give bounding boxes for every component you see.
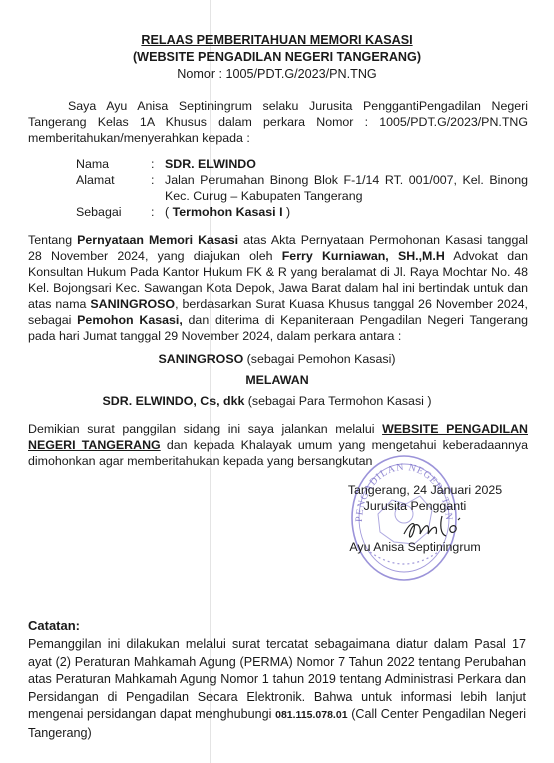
paren-open: ( (165, 205, 173, 219)
signature-place-date: Tangerang, 24 Januari 2025 (310, 483, 540, 498)
applicant-line: SANINGROSO (sebagai Pemohon Kasasi) (0, 351, 554, 367)
text: Tentang (28, 233, 77, 247)
paren-close: ) (283, 205, 291, 219)
respondent-role: (sebagai Para Termohon Kasasi ) (244, 394, 431, 408)
document-type: Pernyataan Memori Kasasi (77, 233, 238, 247)
name-label: Nama (76, 156, 151, 172)
recipient-role-row: Sebagai : ( Termohon Kasasi I ) (76, 204, 528, 220)
address-label: Alamat (76, 172, 151, 204)
handwritten-signature-icon (400, 512, 470, 542)
note-title: Catatan: (28, 618, 80, 633)
role-value-wrap: ( Termohon Kasasi I ) (165, 204, 528, 220)
client-name: SANINGROSO (90, 297, 175, 311)
text: Demikian surat panggilan sidang ini saya… (28, 422, 382, 436)
recipient-name-row: Nama : SDR. ELWINDO (76, 156, 528, 172)
signatory-name: Ayu Anisa Septiningrum (300, 540, 530, 555)
name-value: SDR. ELWINDO (165, 156, 528, 172)
recipient-address-row: Alamat : Jalan Perumahan Binong Blok F-1… (76, 172, 528, 204)
recipient-identity: Nama : SDR. ELWINDO Alamat : Jalan Perum… (76, 156, 528, 220)
call-center-phone: 081.115.078.01 (275, 709, 347, 721)
intro-paragraph: Saya Ayu Anisa Septiningrum selaku Jurus… (28, 98, 528, 146)
document-subtitle: (WEBSITE PENGADILAN NEGERI TANGERANG) (0, 50, 554, 64)
client-role: Pemohon Kasasi, (77, 313, 183, 327)
applicant-name: SANINGROSO (159, 352, 244, 366)
case-number: Nomor : 1005/PDT.G/2023/PN.TNG (0, 67, 554, 81)
applicant-role: (sebagai Pemohon Kasasi) (243, 352, 395, 366)
document-title: RELAAS PEMBERITAHUAN MEMORI KASASI (0, 33, 554, 47)
statement-paragraph: Tentang Pernyataan Memori Kasasi atas Ak… (28, 232, 528, 344)
colon: : (151, 204, 165, 220)
colon: : (151, 172, 165, 204)
versus-label: MELAWAN (0, 372, 554, 388)
intro-text: Saya Ayu Anisa Septiningrum selaku Jurus… (28, 99, 528, 145)
note-paragraph: Pemanggilan ini dilakukan melalui surat … (28, 636, 526, 742)
address-value: Jalan Perumahan Binong Blok F-1/14 RT. 0… (165, 172, 528, 204)
role-value: Termohon Kasasi I (173, 205, 283, 219)
advocate-name: Ferry Kurniawan, SH.,M.H (282, 249, 445, 263)
colon: : (151, 156, 165, 172)
role-label: Sebagai (76, 204, 151, 220)
respondent-name: SDR. ELWINDO, Cs, dkk (103, 394, 245, 408)
document-page: RELAAS PEMBERITAHUAN MEMORI KASASI (WEBS… (0, 0, 554, 763)
respondent-line: SDR. ELWINDO, Cs, dkk (sebagai Para Term… (0, 393, 544, 409)
